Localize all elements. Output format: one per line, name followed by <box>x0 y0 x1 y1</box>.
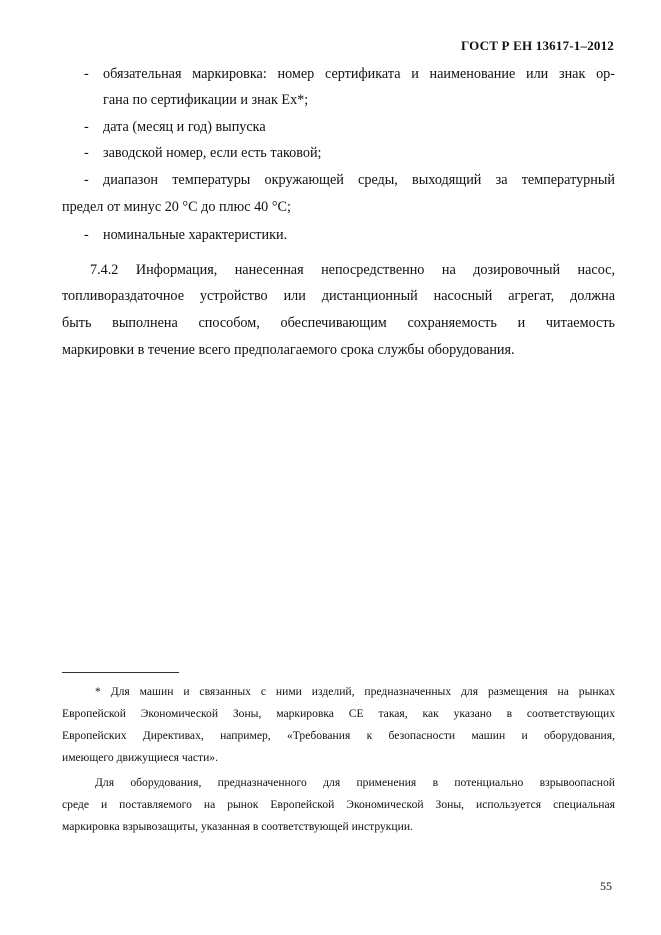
list-item-5: номинальные характеристики. <box>103 227 287 244</box>
document-code-header: ГОСТ Р ЕН 13617-1–2012 <box>461 38 614 54</box>
footnote-1-line-3: Европейских Директивах, например, «Требо… <box>62 729 615 742</box>
list-dash: - <box>84 172 89 189</box>
list-dash: - <box>84 66 89 83</box>
list-dash: - <box>84 119 89 136</box>
section-paragraph-line-4: маркировки в течение всего предполагаемо… <box>62 342 515 359</box>
list-dash: - <box>84 145 89 162</box>
section-paragraph-line-3: быть выполнена способом, обеспечивающим … <box>62 315 615 332</box>
page-number: 55 <box>600 879 612 894</box>
footnote-1-line-4: имеющего движущиеся части». <box>62 751 218 764</box>
footnote-2-line-3: маркировка взрывозащиты, указанная в соо… <box>62 820 413 833</box>
footnote-separator <box>62 672 179 673</box>
section-paragraph-line-1: 7.4.2 Информация, нанесенная непосредств… <box>90 262 615 279</box>
list-item-4-line-1: диапазон температуры окружающей среды, в… <box>103 172 615 189</box>
section-paragraph-line-2: топливораздаточное устройство или дистан… <box>62 288 615 305</box>
footnote-1-line-1: * Для машин и связанных с ними изделий, … <box>95 685 615 698</box>
list-dash: - <box>84 227 89 244</box>
list-item-4-line-2: предел от минус 20 °С до плюс 40 °С; <box>62 199 291 216</box>
footnote-2-line-2: среде и поставляемого на рынок Европейск… <box>62 798 615 811</box>
list-item-2: дата (месяц и год) выпуска <box>103 119 266 136</box>
list-item-1-line-1: обязательная маркировка: номер сертифика… <box>103 66 615 83</box>
list-item-1-line-2: гана по сертификации и знак Ex*; <box>103 92 308 109</box>
footnote-1-line-2: Европейской Экономической Зоны, маркиров… <box>62 707 615 720</box>
footnote-2-line-1: Для оборудования, предназначенного для п… <box>95 776 615 789</box>
list-item-3: заводской номер, если есть таковой; <box>103 145 322 162</box>
